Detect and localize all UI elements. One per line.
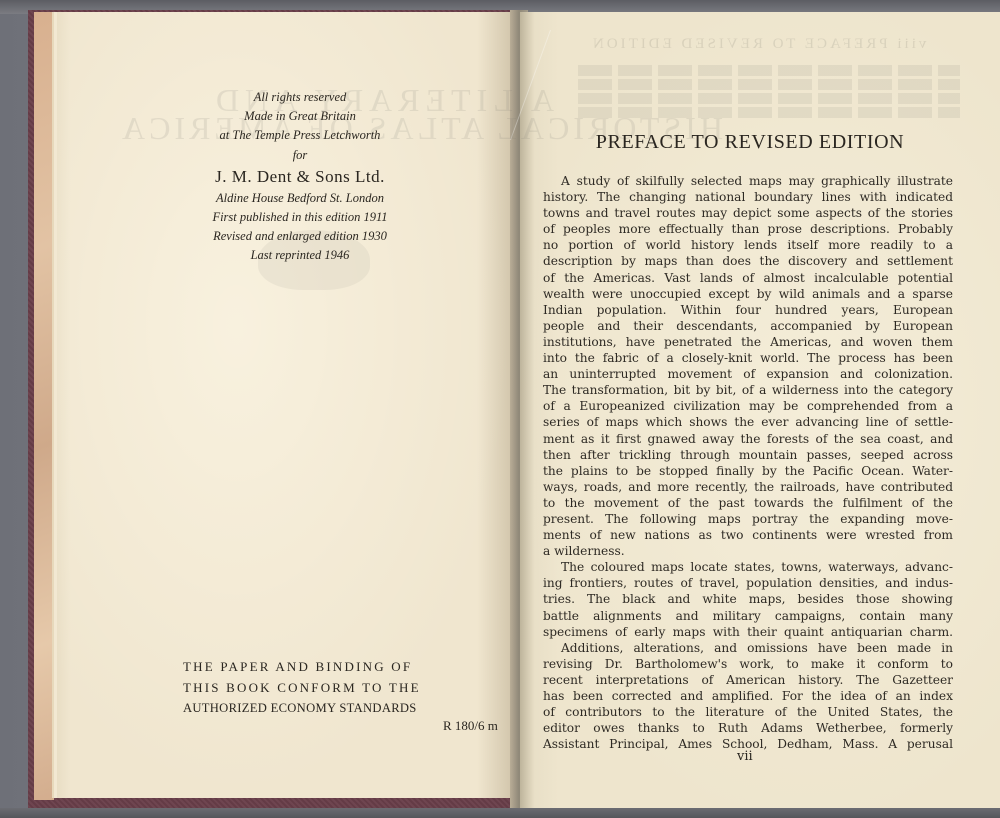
text-line: into the fabric of a closely-knit world.… [543,350,953,366]
text-line: the plains to be stopped finally by the … [543,463,953,479]
endpaper-edge [34,12,54,800]
text-line: of the Americas. Vast lands of almost in… [543,270,953,286]
text-line: present. The following maps portray the … [543,511,953,527]
text-line: ing frontiers, routes of travel, populat… [543,575,953,591]
economy-standards-notice: THE PAPER AND BINDING OF THIS BOOK CONFO… [183,657,443,719]
text-line: specimens of early maps with their quain… [543,624,953,640]
imprint-line: for [170,146,430,165]
text-line: The transformation, bit by bit, of a wil… [543,382,953,398]
page-title: PREFACE TO REVISED EDITION [570,131,930,154]
text-line: Indian population. Within four hundred y… [543,302,953,318]
imprint-detail: Last reprinted 1946 [170,246,430,265]
text-line: towns and travel routes may depict some … [543,205,953,221]
text-line: Additions, alterations, and omissions ha… [543,640,953,656]
text-line: people and their descendants, accompanie… [543,318,953,334]
preface-body: A study of skilfully selected maps may g… [543,173,953,752]
text-line: has been corrected and amplified. For th… [543,688,953,704]
text-line: of a Europeanized civilization may be co… [543,398,953,414]
text-line: ways, roads, and more recently, the rail… [543,479,953,495]
text-line: to the movement of the past towards the … [543,495,953,511]
page-number: vii [737,749,753,764]
text-line: ment as it first gnawed away the forests… [543,431,953,447]
imprint-detail: Revised and enlarged edition 1930 [170,227,430,246]
text-line: wealth were unoccupied except by wild an… [543,286,953,302]
printer-imprint: All rights reserved Made in Great Britai… [170,88,430,266]
text-line: tries. The black and white maps, besides… [543,591,953,607]
text-line: revising Dr. Bartholomew's work, to make… [543,656,953,672]
text-line: recent interpretations of American histo… [543,672,953,688]
text-line: no portion of world history lends itself… [543,237,953,253]
text-line: history. The changing national boundary … [543,189,953,205]
standards-line: AUTHORIZED ECONOMY STANDARDS [183,698,443,719]
text-line: editor owes thanks to Ruth Adams Wetherb… [543,720,953,736]
text-line: of peoples more effectually than prose d… [543,221,953,237]
text-line: a wilderness. [543,543,953,559]
imprint-line: Made in Great Britain [170,107,430,126]
text-line: A study of skilfully selected maps may g… [543,173,953,189]
imprint-detail: Aldine House Bedford St. London [170,189,430,208]
text-line: an uninterrupted movement of expansion a… [543,366,953,382]
text-line: institutions, have penetrated the Americ… [543,334,953,350]
text-line: then after trickling through mountain pa… [543,447,953,463]
text-line: description by maps than does the discov… [543,253,953,269]
imprint-line: All rights reserved [170,88,430,107]
standards-line: THE PAPER AND BINDING OF [183,657,443,678]
imprint-line: at The Temple Press Letchworth [170,126,430,145]
scanner-bed-bottom [0,808,1000,818]
publisher-name: J. M. Dent & Sons Ltd. [170,165,430,189]
standards-line: THIS BOOK CONFORM TO THE [183,678,443,699]
text-line: of contributors to the literature of the… [543,704,953,720]
catalog-code: R 180/6 m [443,718,498,734]
text-line: battle alignments and military campaigns… [543,608,953,624]
text-line: series of maps which shows the ever adva… [543,414,953,430]
bleed-through-running-head: viii PREFACE TO REVISED EDITION [590,36,926,53]
text-line: ments of new nations as two continents w… [543,527,953,543]
text-line: The coloured maps locate states, towns, … [543,559,953,575]
bleed-through-text-block [578,62,960,121]
imprint-detail: First published in this edition 1911 [170,208,430,227]
